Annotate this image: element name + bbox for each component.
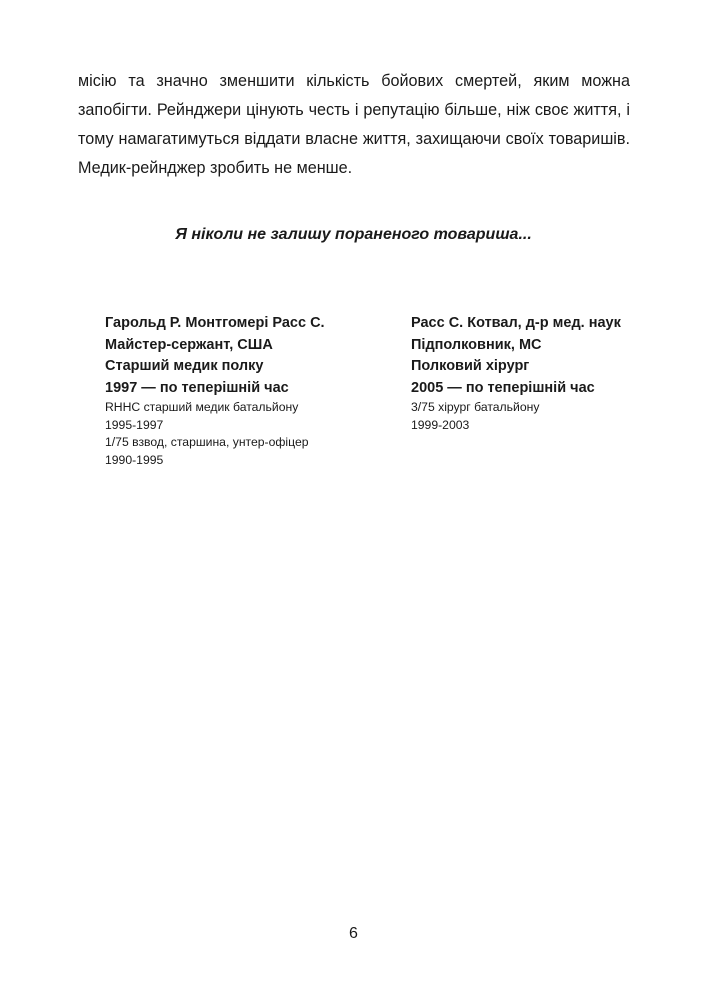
- signature-rank: Підполковник, МС: [411, 335, 621, 357]
- paragraph-line: місію та значно зменшити кількість бойов…: [78, 67, 630, 96]
- signature-history-item: 1990-1995: [105, 452, 325, 470]
- signature-block-right: Расс С. Котвал, д-р мед. наук Підполковн…: [411, 313, 621, 434]
- signature-name: Расс С. Котвал, д-р мед. наук: [411, 313, 621, 335]
- signature-name: Гарольд Р. Монтгомері Расс С.: [105, 313, 325, 335]
- signature-rank: Майстер-сержант, США: [105, 335, 325, 357]
- page-number: 6: [0, 925, 707, 943]
- paragraph-line: запобігти. Рейнджери цінують честь і реп…: [78, 96, 630, 125]
- document-page: місію та значно зменшити кількість бойов…: [0, 0, 707, 1000]
- signature-history-item: 1/75 взвод, старшина, унтер-офіцер: [105, 434, 325, 452]
- quote: Я ніколи не залишу пораненого товариша..…: [0, 226, 707, 244]
- signature-history-item: 1995-1997: [105, 417, 325, 435]
- paragraph-line: Медик-рейнджер зробить не менше.: [78, 154, 630, 183]
- signature-position: Старший медик полку: [105, 356, 325, 378]
- signature-position: Полковий хірург: [411, 356, 621, 378]
- signature-block-left: Гарольд Р. Монтгомері Расс С. Майстер-се…: [105, 313, 325, 469]
- signature-history-item: RHHC старший медик батальйону: [105, 399, 325, 417]
- signature-period: 2005 — по теперішній час: [411, 378, 621, 400]
- signature-period: 1997 — по теперішній час: [105, 378, 325, 400]
- paragraph-line: тому намагатимуться віддати власне життя…: [78, 125, 630, 154]
- signature-history-item: 3/75 хірург батальйону: [411, 399, 621, 417]
- body-paragraph: місію та значно зменшити кількість бойов…: [78, 67, 630, 183]
- signature-history-item: 1999-2003: [411, 417, 621, 435]
